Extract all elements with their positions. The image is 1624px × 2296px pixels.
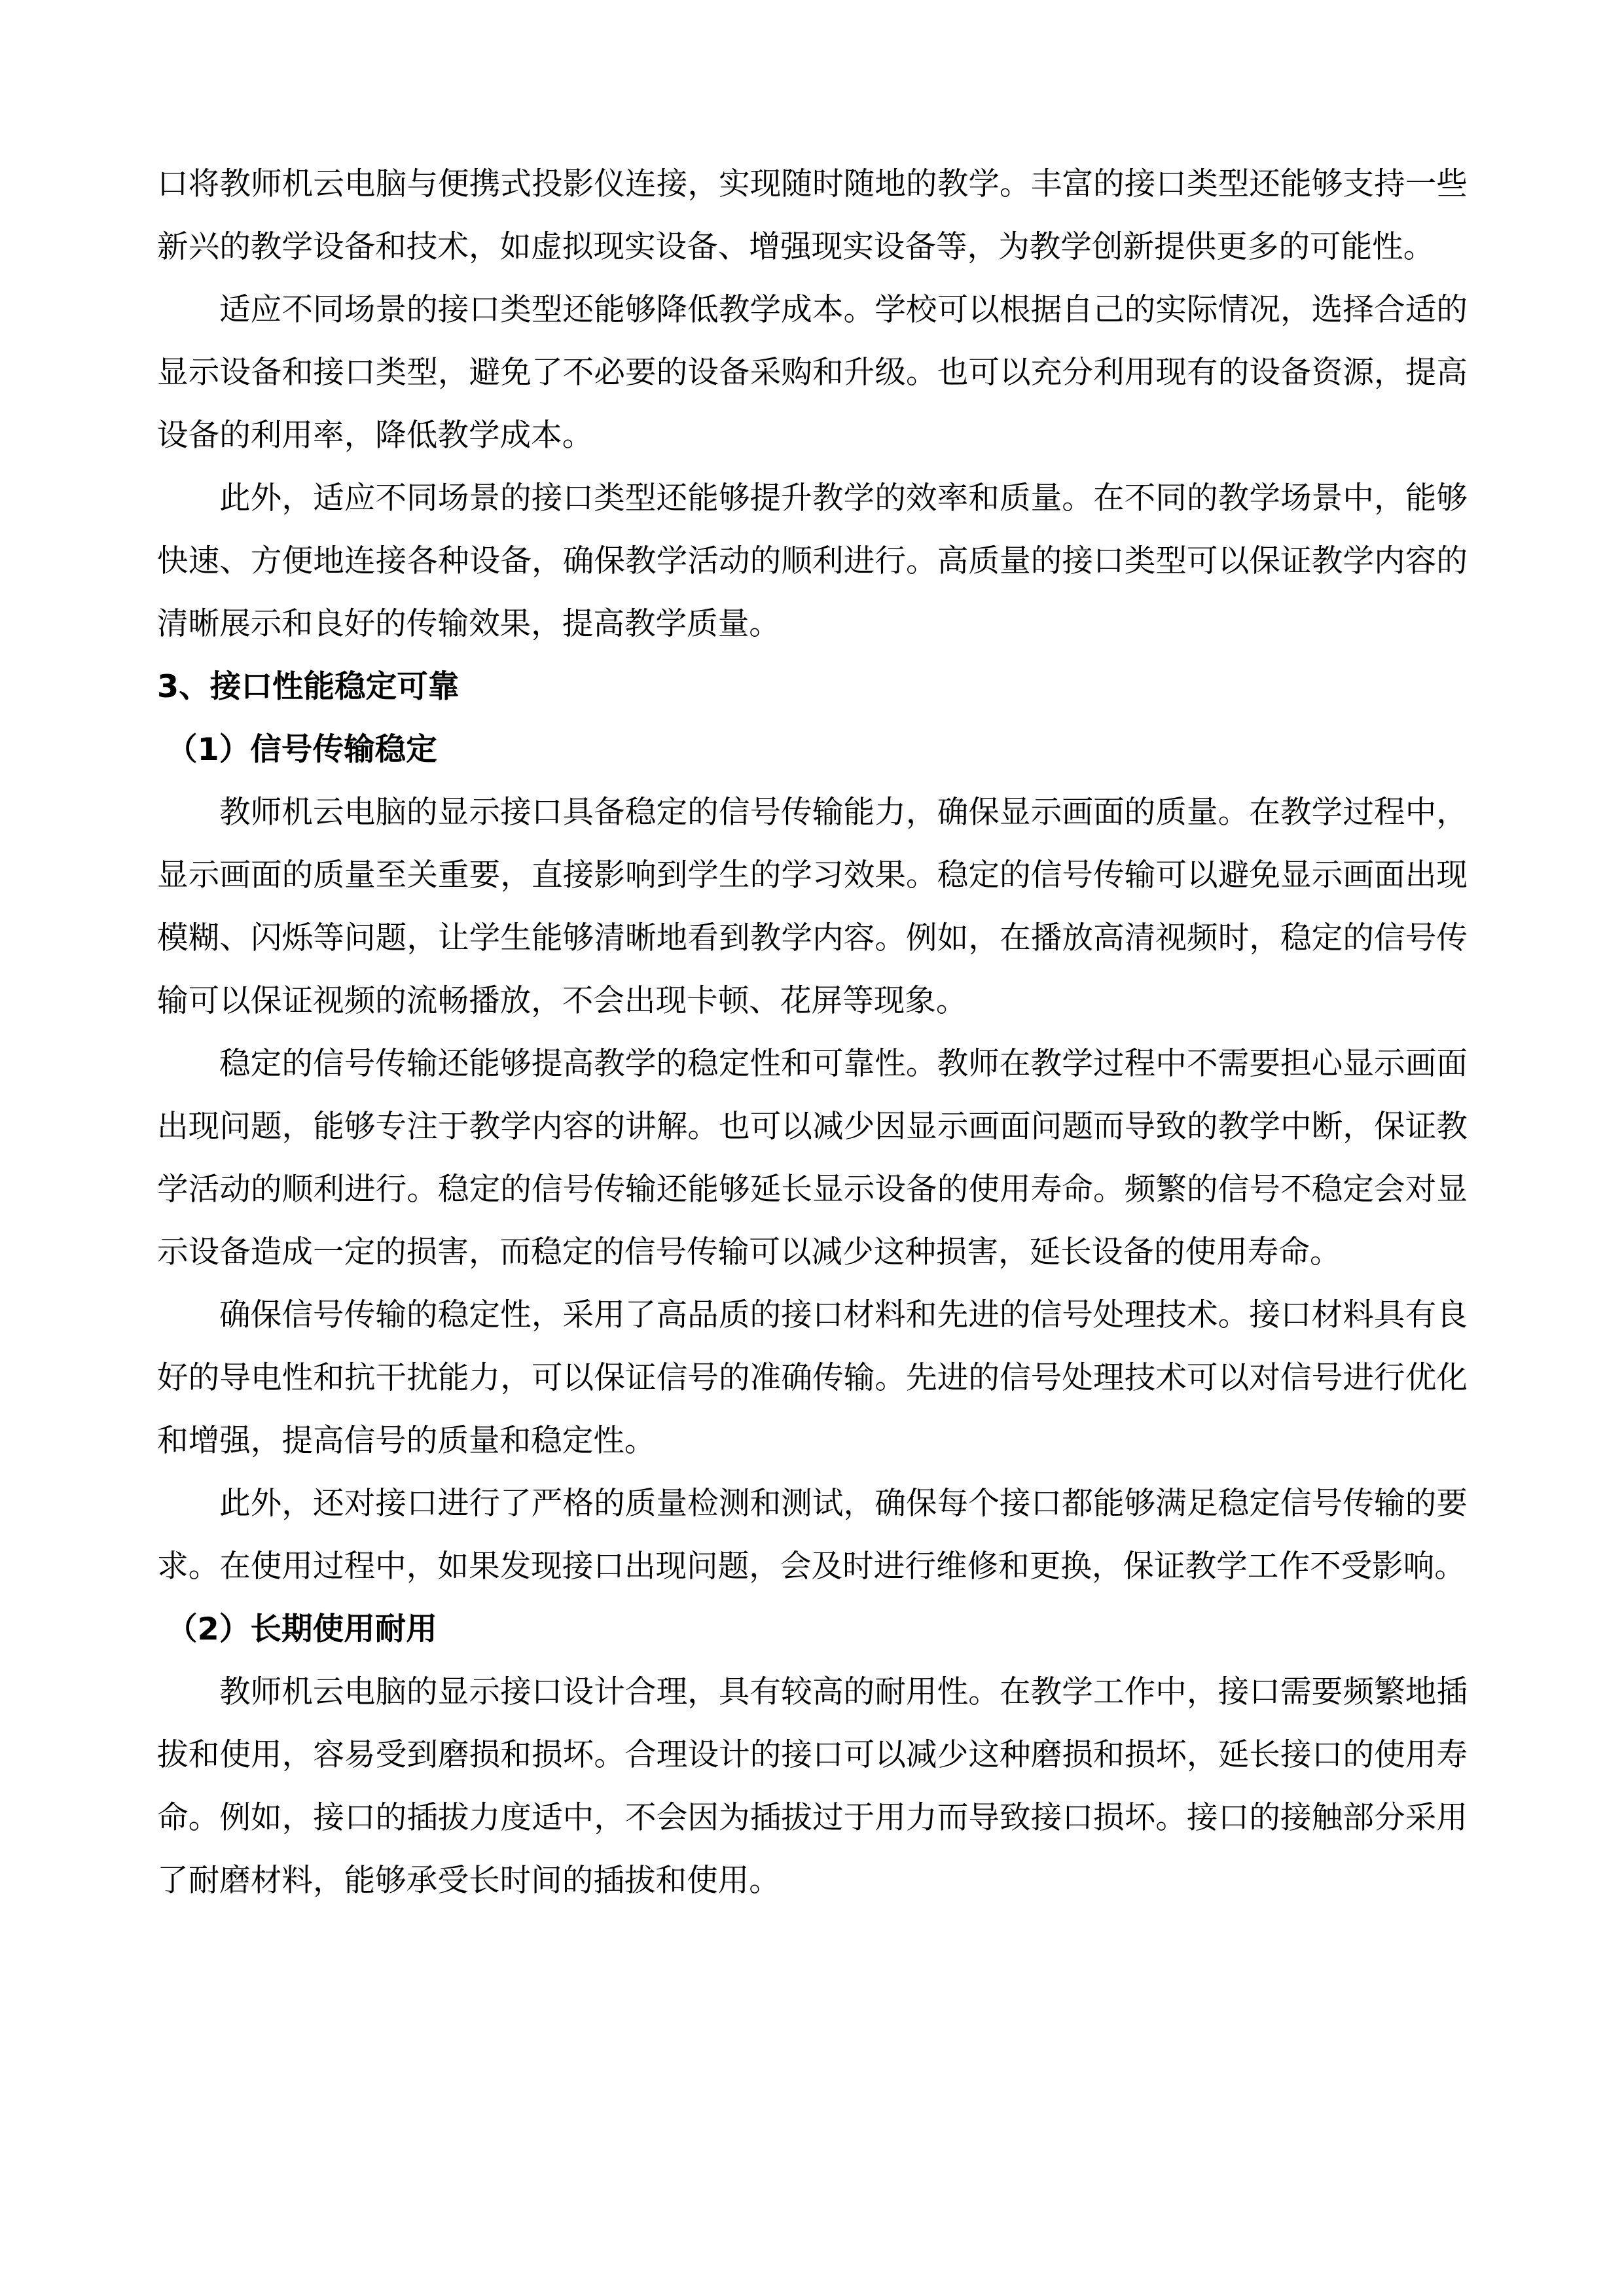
subsection-heading-signal-stable: （1）信号传输稳定 bbox=[157, 719, 1468, 781]
paragraph-durable-design: 教师机云电脑的显示接口设计合理，具有较高的耐用性。在教学工作中，接口需要频繁地插… bbox=[157, 1661, 1468, 1912]
paragraph-teaching-stability: 稳定的信号传输还能够提高教学的稳定性和可靠性。教师在教学过程中不需要担心显示画面… bbox=[157, 1033, 1468, 1284]
paragraph-reduce-cost: 适应不同场景的接口类型还能够降低教学成本。学校可以根据自己的实际情况，选择合适的… bbox=[157, 279, 1468, 467]
paragraph-efficiency-quality: 此外，适应不同场景的接口类型还能够提升教学的效率和质量。在不同的教学场景中，能够… bbox=[157, 467, 1468, 656]
document-page: 口将教师机云电脑与便携式投影仪连接，实现随时随地的教学。丰富的接口类型还能够支持… bbox=[157, 153, 1468, 1912]
subsection-heading-durability: （2）长期使用耐用 bbox=[157, 1598, 1468, 1661]
paragraph-signal-transmission: 教师机云电脑的显示接口具备稳定的信号传输能力，确保显示画面的质量。在教学过程中，… bbox=[157, 781, 1468, 1033]
paragraph-quality-testing: 此外，还对接口进行了严格的质量检测和测试，确保每个接口都能够满足稳定信号传输的要… bbox=[157, 1473, 1468, 1598]
section-heading-stable-reliable: 3、接口性能稳定可靠 bbox=[157, 656, 1468, 719]
paragraph-interface-variety-continued: 口将教师机云电脑与便携式投影仪连接，实现随时随地的教学。丰富的接口类型还能够支持… bbox=[157, 153, 1468, 279]
paragraph-materials-technology: 确保信号传输的稳定性，采用了高品质的接口材料和先进的信号处理技术。接口材料具有良… bbox=[157, 1284, 1468, 1473]
